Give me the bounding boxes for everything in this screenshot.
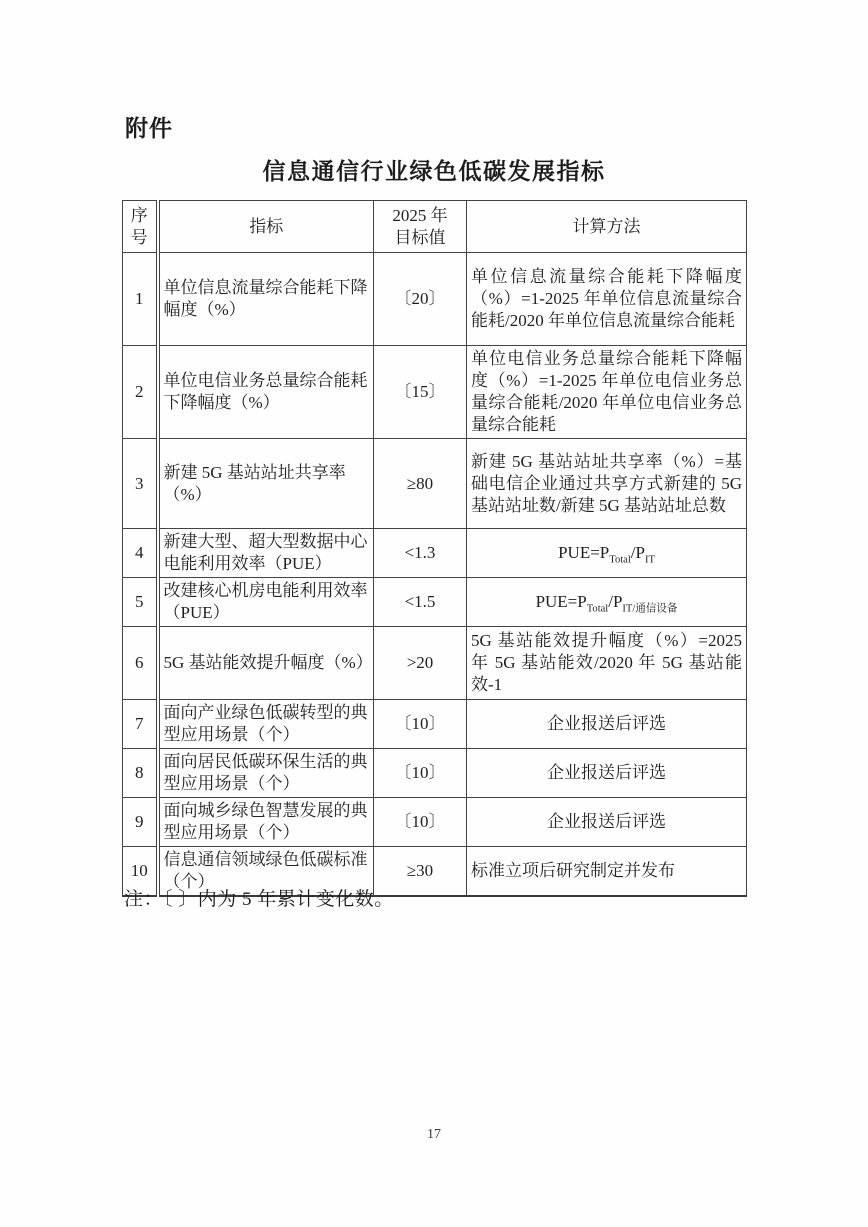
target-value-cell: >20 (374, 627, 467, 700)
table-row: 6 5G 基站能效提升幅度（%） >20 5G 基站能效提升幅度（%）=2025… (123, 627, 747, 700)
method-cell: 企业报送后评选 (467, 798, 747, 847)
row-number-cell: 1 (123, 253, 158, 346)
method-cell: 新建 5G 基站站址共享率（%）=基础电信企业通过共享方式新建的 5G 基站站址… (467, 439, 747, 529)
indicator-cell: 单位信息流量综合能耗下降幅度（%） (158, 253, 374, 346)
row-number-cell: 9 (123, 798, 158, 847)
page-number: 17 (0, 1127, 868, 1143)
indicators-table: 序 号 指标 2025 年 目标值 计算方法 1 单位信息流量综合能耗下降幅度（… (122, 200, 747, 897)
pue-formula: PUE=PTotal/PIT (558, 543, 655, 562)
indicator-cell: 新建大型、超大型数据中心电能利用效率（PUE） (158, 529, 374, 578)
indicator-cell: 单位电信业务总量综合能耗下降幅度（%） (158, 346, 374, 439)
table-row: 1 单位信息流量综合能耗下降幅度（%） 〔20〕 单位信息流量综合能耗下降幅度（… (123, 253, 747, 346)
target-value-cell: 〔10〕 (374, 700, 467, 749)
pue-formula: PUE=PTotal/PIT/通信设备 (536, 592, 678, 611)
target-value-cell: 〔20〕 (374, 253, 467, 346)
target-value-cell: ≥80 (374, 439, 467, 529)
method-cell: 单位电信业务总量综合能耗下降幅度（%）=1-2025 年单位电信业务总量综合能耗… (467, 346, 747, 439)
method-cell: PUE=PTotal/PIT/通信设备 (467, 578, 747, 627)
header-seq: 序 号 (123, 201, 158, 253)
header-target: 2025 年 目标值 (374, 201, 467, 253)
header-seq-line2: 号 (127, 227, 152, 249)
header-target-line2: 目标值 (378, 227, 462, 249)
table-row: 5 改建核心机房电能利用效率（PUE） <1.5 PUE=PTotal/PIT/… (123, 578, 747, 627)
method-cell: 企业报送后评选 (467, 700, 747, 749)
method-cell: 单位信息流量综合能耗下降幅度（%）=1-2025 年单位信息流量综合能耗/202… (467, 253, 747, 346)
header-indicator: 指标 (158, 201, 374, 253)
header-method: 计算方法 (467, 201, 747, 253)
attachment-label: 附件 (125, 110, 173, 143)
row-number-cell: 4 (123, 529, 158, 578)
document-title: 信息通信行业绿色低碳发展指标 (0, 153, 868, 186)
method-cell: PUE=PTotal/PIT (467, 529, 747, 578)
indicator-cell: 面向城乡绿色智慧发展的典型应用场景（个） (158, 798, 374, 847)
row-number-cell: 7 (123, 700, 158, 749)
indicator-cell: 面向产业绿色低碳转型的典型应用场景（个） (158, 700, 374, 749)
row-number-cell: 3 (123, 439, 158, 529)
indicator-cell: 改建核心机房电能利用效率（PUE） (158, 578, 374, 627)
row-number-cell: 2 (123, 346, 158, 439)
table-header-row: 序 号 指标 2025 年 目标值 计算方法 (123, 201, 747, 253)
table-row: 9 面向城乡绿色智慧发展的典型应用场景（个） 〔10〕 企业报送后评选 (123, 798, 747, 847)
row-number-cell: 6 (123, 627, 158, 700)
indicator-cell: 新建 5G 基站站址共享率（%） (158, 439, 374, 529)
footnote: 注：〔 〕内为 5 年累计变化数。 (124, 884, 394, 911)
target-value-cell: 〔15〕 (374, 346, 467, 439)
method-cell: 5G 基站能效提升幅度（%）=2025 年 5G 基站能效/2020 年 5G … (467, 627, 747, 700)
indicator-cell: 面向居民低碳环保生活的典型应用场景（个） (158, 749, 374, 798)
table-row: 4 新建大型、超大型数据中心电能利用效率（PUE） <1.3 PUE=PTota… (123, 529, 747, 578)
table-row: 7 面向产业绿色低碳转型的典型应用场景（个） 〔10〕 企业报送后评选 (123, 700, 747, 749)
table-row: 8 面向居民低碳环保生活的典型应用场景（个） 〔10〕 企业报送后评选 (123, 749, 747, 798)
target-value-cell: <1.5 (374, 578, 467, 627)
target-value-cell: <1.3 (374, 529, 467, 578)
indicator-cell: 5G 基站能效提升幅度（%） (158, 627, 374, 700)
method-cell: 标准立项后研究制定并发布 (467, 847, 747, 897)
header-seq-line1: 序 (127, 205, 152, 227)
header-target-line1: 2025 年 (378, 205, 462, 227)
target-value-cell: 〔10〕 (374, 798, 467, 847)
method-cell: 企业报送后评选 (467, 749, 747, 798)
row-number-cell: 5 (123, 578, 158, 627)
target-value-cell: 〔10〕 (374, 749, 467, 798)
row-number-cell: 8 (123, 749, 158, 798)
table-row: 3 新建 5G 基站站址共享率（%） ≥80 新建 5G 基站站址共享率（%）=… (123, 439, 747, 529)
table-row: 2 单位电信业务总量综合能耗下降幅度（%） 〔15〕 单位电信业务总量综合能耗下… (123, 346, 747, 439)
document-page: 附件 信息通信行业绿色低碳发展指标 序 号 指标 2025 年 目标值 计算方法… (0, 0, 868, 1227)
